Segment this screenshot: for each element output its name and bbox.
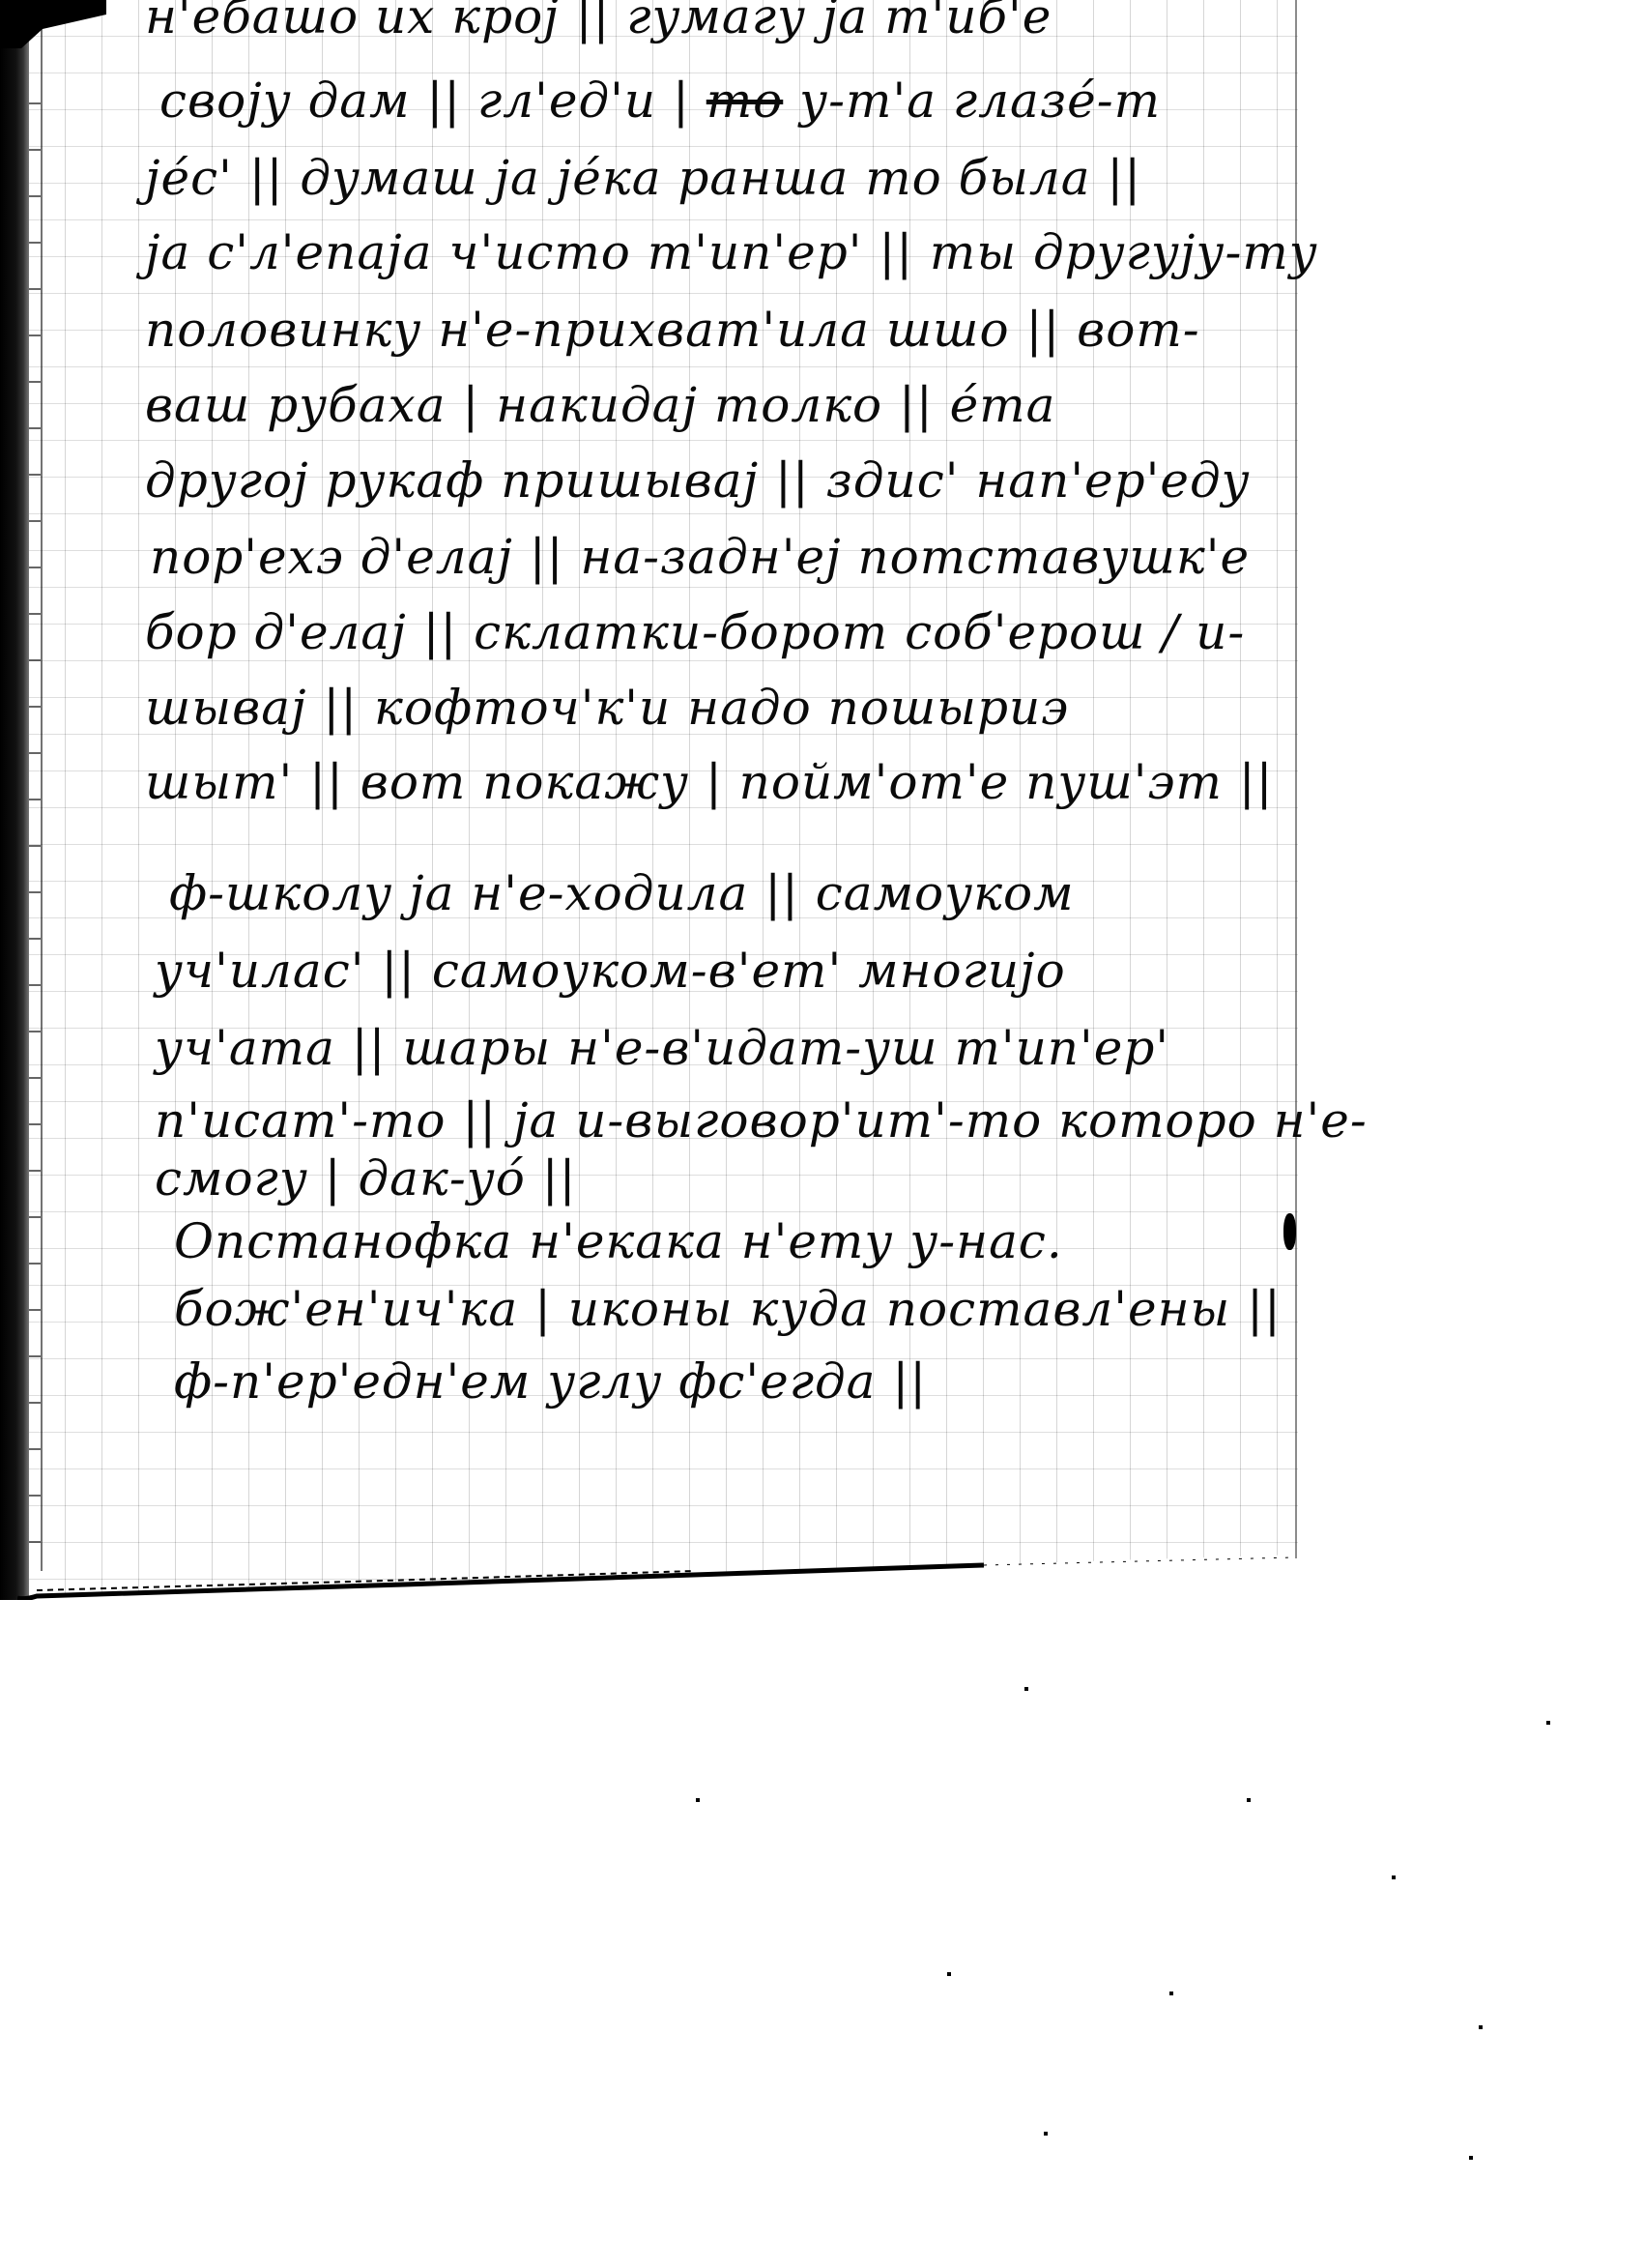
handwritten-line: ваш рубаха | накидај толко || éта <box>145 377 1055 433</box>
handwritten-line: уч'ата || шары н'е-в'идат-уш т'ип'ер' <box>155 1020 1169 1076</box>
handwritten-line: смогу | дак-уó || <box>155 1150 576 1207</box>
ink-blot <box>1283 1213 1296 1250</box>
handwritten-line: шывај || кофточ'к'и надо пошыриэ <box>145 680 1069 736</box>
scan-speck <box>1044 2132 1048 2136</box>
scan-speck <box>1479 2025 1483 2029</box>
handwritten-line: половинку н'е-прихват'ила шшо || вот- <box>145 302 1200 358</box>
notebook-binding-shadow <box>0 0 29 1600</box>
handwritten-line: другој рукаф пришывај || здис' нап'ер'ед… <box>145 452 1251 509</box>
line-text-after: у-т'а глазé-т <box>783 73 1161 129</box>
paper-bottom-edge <box>17 1552 1303 1600</box>
handwritten-line: своју дам || гл'ед'и | то у-т'а глазé-т <box>159 73 1161 129</box>
scan-speck <box>1024 1687 1028 1691</box>
handwritten-line: Опстанофка н'екака н'ету у-нас. <box>174 1213 1063 1269</box>
scan-speck <box>1247 1798 1251 1802</box>
handwritten-line: шыт' || вот покажу | пойм'от'е пуш'эт || <box>145 754 1273 810</box>
scan-speck <box>696 1798 700 1802</box>
handwritten-line: пор'ехэ д'елај || на-задн'еј потставушк'… <box>150 529 1250 585</box>
page-margin-line <box>41 24 43 1571</box>
handwritten-line: ф-п'ер'едн'ем углу фс'егда || <box>174 1353 927 1410</box>
scanned-page: н'ебашо их крој || гумагу ја т'иб'е свој… <box>0 0 1643 2268</box>
scan-speck <box>1546 1721 1550 1725</box>
scan-speck <box>1169 1992 1173 1995</box>
line-text: своју дам || гл'ед'и | <box>159 73 706 129</box>
handwritten-line: ја с'л'епаја ч'исто т'ип'ер' || ты другу… <box>145 224 1318 280</box>
scan-speck <box>947 1972 951 1976</box>
handwritten-line: уч'илас' || самоуком-в'ет' многијо <box>155 943 1066 999</box>
scan-speck <box>1392 1875 1396 1879</box>
handwritten-line: п'исат'-то || ја и-выговор'ит'-то которо… <box>155 1092 1368 1149</box>
handwritten-line: јéс' || думаш ја јéка ранша то была || <box>145 150 1141 206</box>
struck-word: то <box>706 73 784 129</box>
handwritten-line: бор д'елај || склатки-борот соб'ерош / и… <box>145 604 1245 660</box>
scan-speck <box>1469 2156 1473 2160</box>
handwritten-line: ф-школу ја н'е-ходила || самоуком <box>169 865 1075 921</box>
handwritten-line: н'ебашо их крој || гумагу ја т'иб'е <box>145 0 1052 44</box>
handwritten-line: бож'ен'ич'ка | иконы куда поставл'ены || <box>174 1281 1282 1337</box>
